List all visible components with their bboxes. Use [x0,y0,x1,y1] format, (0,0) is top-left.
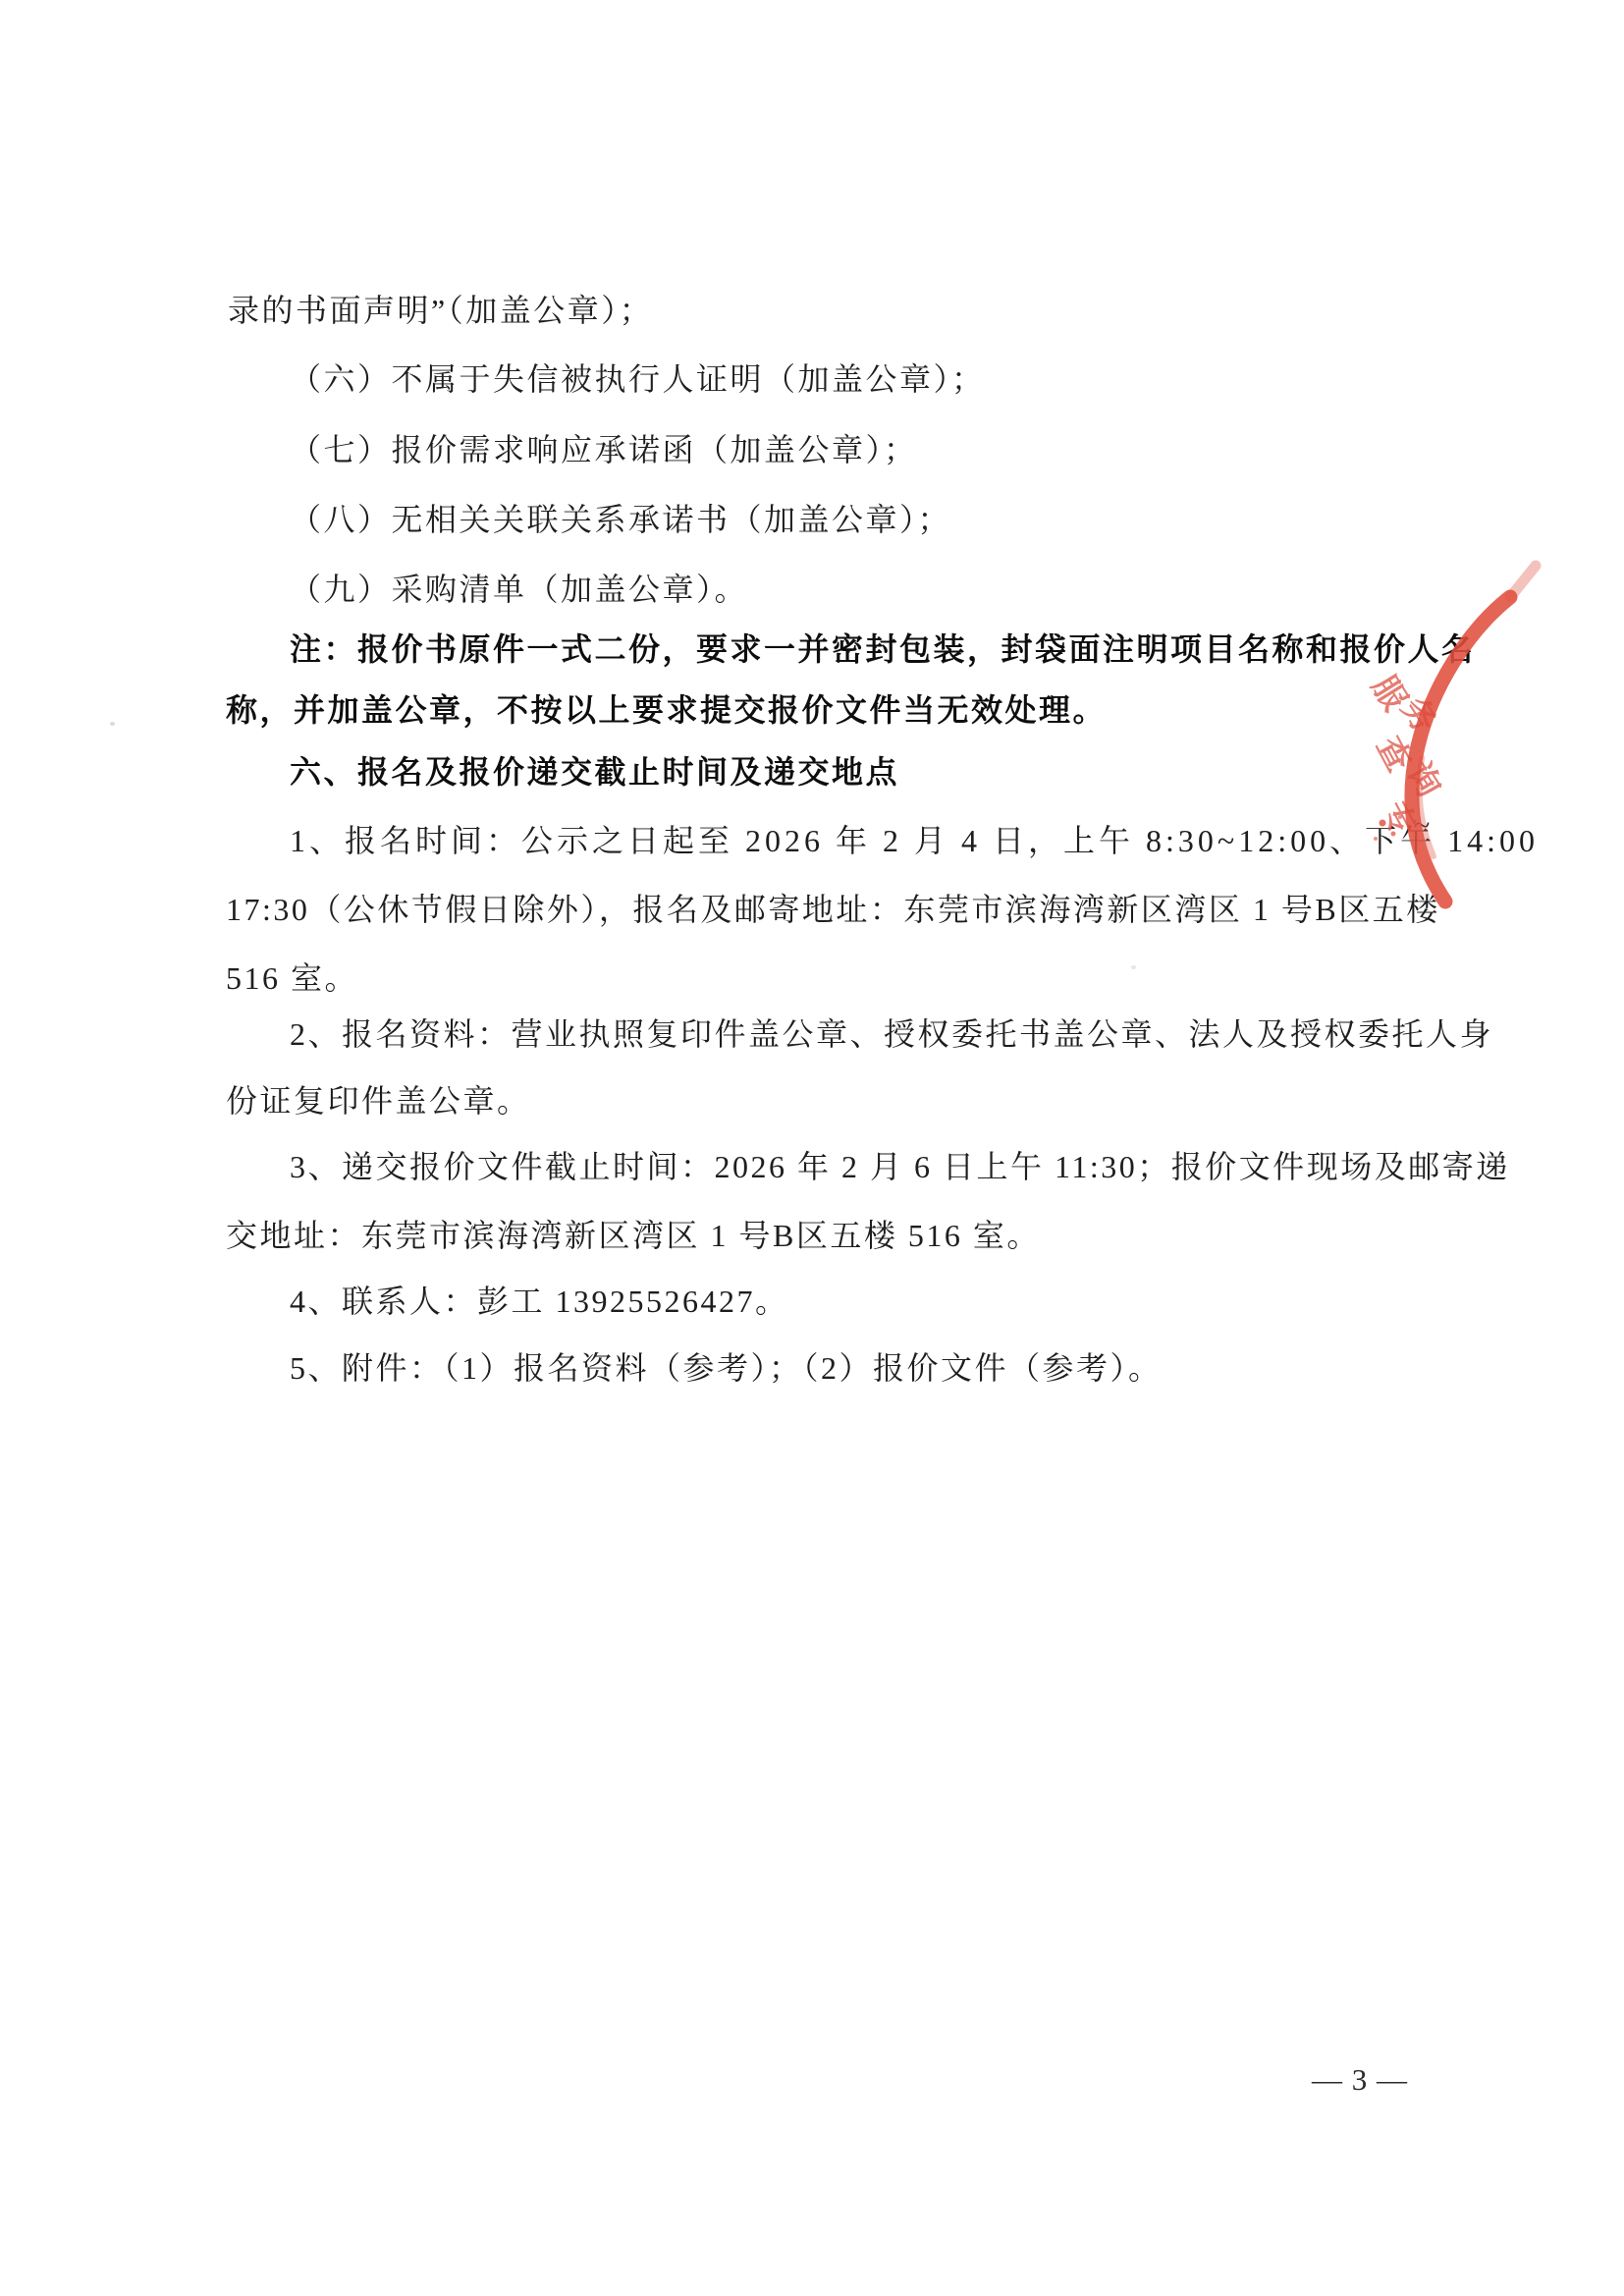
text-line: 份证复印件盖公章。 [226,1083,531,1120]
text-line: 5、附件：（1）报名资料（参考）；（2）报价文件（参考）。 [290,1350,1163,1387]
text-line: 4、联系人：彭工 13925526427。 [290,1284,789,1320]
scan-speck [1131,965,1136,969]
text-line: （七）报价需求响应承诺函（加盖公章）； [290,432,918,468]
page-number: — 3 — [1312,2062,1408,2098]
text-line: 录的书面声明”（加盖公章）； [228,293,653,329]
text-line: 3、递交报价文件截止时间：2026 年 2 月 6 日上午 11:30；报价文件… [290,1149,1510,1185]
text-line: 2、报名资料：营业执照复印件盖公章、授权委托书盖公章、法人及授权委托人身 [290,1016,1493,1053]
document-page: 录的书面声明”（加盖公章）； （六）不属于失信被执行人证明（加盖公章）； （七）… [0,0,1624,2296]
text-line: 516 室。 [226,960,358,997]
seal-arc [1412,597,1510,902]
text-line: （六）不属于失信被执行人证明（加盖公章）； [290,361,986,398]
note-line: 称，并加盖公章，不按以上要求提交报价文件当无效处理。 [226,692,1107,729]
text-line: （八）无相关关联关系承诺书（加盖公章）； [290,502,951,538]
section-heading: 六、报名及报价递交截止时间及递交地点 [290,754,899,791]
official-seal-stamp: 服 务 查 询 专 [1257,511,1624,923]
text-line: 交地址：东莞市滨海湾新区湾区 1 号B区五楼 516 室。 [226,1218,1041,1254]
scan-speck [110,722,115,726]
text-line: （九）采购清单（加盖公章）。 [290,572,748,608]
